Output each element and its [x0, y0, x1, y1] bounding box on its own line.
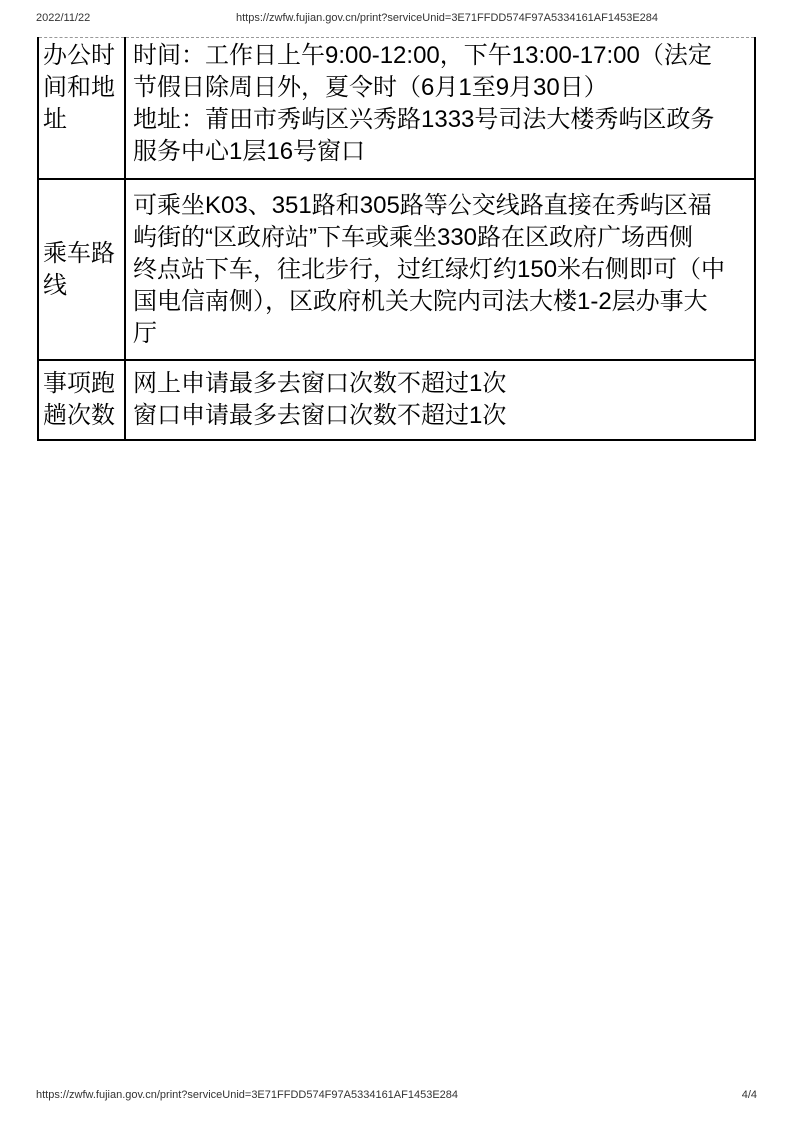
table-row-bus-route: 乘车路 线 可乘坐K03、351路和305路等公交线路直接在秀屿区福 屿街的“区…	[38, 179, 755, 360]
row-content-visit-count: 网上申请最多去窗口次数不超过1次 窗口申请最多去窗口次数不超过1次	[125, 360, 755, 440]
page-number: 4/4	[742, 1089, 757, 1102]
service-info-table: 办公时 间和地 址 时间：工作日上午9:00-12:00，下午13:00-17:…	[37, 37, 756, 441]
row-content-office-hours-address: 时间：工作日上午9:00-12:00，下午13:00-17:00（法定 节假日除…	[125, 38, 755, 180]
row-label-visit-count: 事项跑 趟次数	[38, 360, 125, 440]
row-label-office-hours-address: 办公时 间和地 址	[38, 38, 125, 180]
row-label-bus-route: 乘车路 线	[38, 179, 125, 360]
table-row-office-hours-address: 办公时 间和地 址 时间：工作日上午9:00-12:00，下午13:00-17:…	[38, 38, 755, 180]
print-url-footer: https://zwfw.fujian.gov.cn/print?service…	[36, 1089, 458, 1102]
row-content-bus-route: 可乘坐K03、351路和305路等公交线路直接在秀屿区福 屿街的“区政府站”下车…	[125, 179, 755, 360]
table-row-visit-count: 事项跑 趟次数 网上申请最多去窗口次数不超过1次 窗口申请最多去窗口次数不超过1…	[38, 360, 755, 440]
print-date: 2022/11/22	[36, 12, 90, 25]
print-url-header: https://zwfw.fujian.gov.cn/print?service…	[236, 12, 658, 25]
printed-page: 2022/11/22 https://zwfw.fujian.gov.cn/pr…	[0, 0, 793, 1123]
